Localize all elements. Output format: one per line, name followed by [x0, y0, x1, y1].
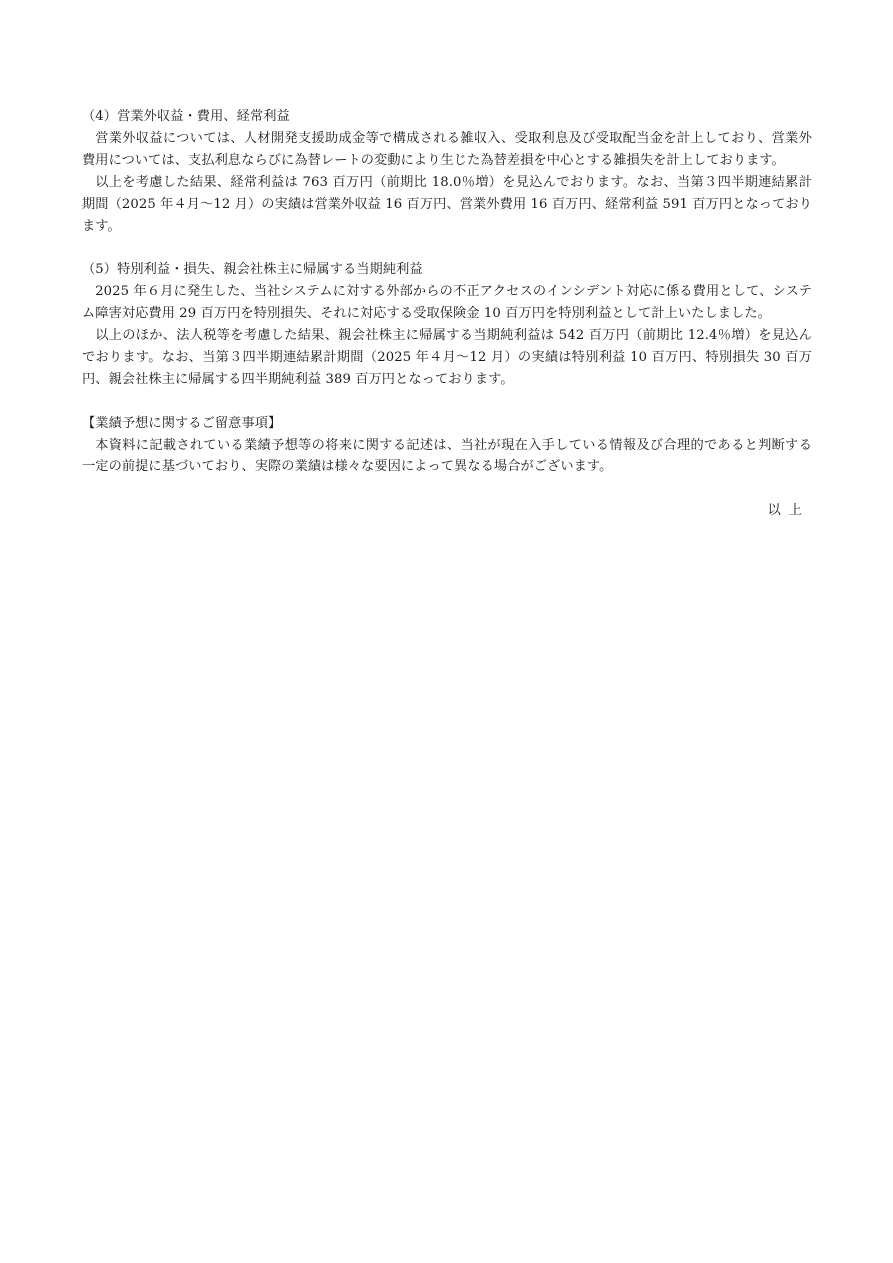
section-extraordinary-income: （5）特別利益・損失、親会社株主に帰属する当期純利益 2025 年６月に発生した… — [82, 259, 812, 390]
document-page: （4）営業外収益・費用、経常利益 営業外収益については、人材開発支援助成金等で構… — [82, 106, 812, 522]
paragraph: 以上を考慮した結果、経常利益は 763 百万円（前期比 18.0％増）を見込んで… — [82, 172, 812, 238]
paragraph: 本資料に記載されている業績予想等の将来に関する記述は、当社が現在入手している情報… — [82, 435, 812, 479]
section-heading: 【業績予想に関するご留意事項】 — [82, 413, 812, 435]
paragraph: 2025 年６月に発生した、当社システムに対する外部からの不正アクセスのインシデ… — [82, 281, 812, 325]
section-non-operating-income: （4）営業外収益・費用、経常利益 営業外収益については、人材開発支援助成金等で構… — [82, 106, 812, 237]
section-heading: （4）営業外収益・費用、経常利益 — [82, 106, 812, 128]
section-forecast-notes: 【業績予想に関するご留意事項】 本資料に記載されている業績予想等の将来に関する記… — [82, 413, 812, 479]
paragraph: 以上のほか、法人税等を考慮した結果、親会社株主に帰属する当期純利益は 542 百… — [82, 325, 812, 391]
section-heading: （5）特別利益・損失、親会社株主に帰属する当期純利益 — [82, 259, 812, 281]
closing-mark: 以上 — [82, 500, 812, 522]
paragraph: 営業外収益については、人材開発支援助成金等で構成される雑収入、受取利息及び受取配… — [82, 128, 812, 172]
